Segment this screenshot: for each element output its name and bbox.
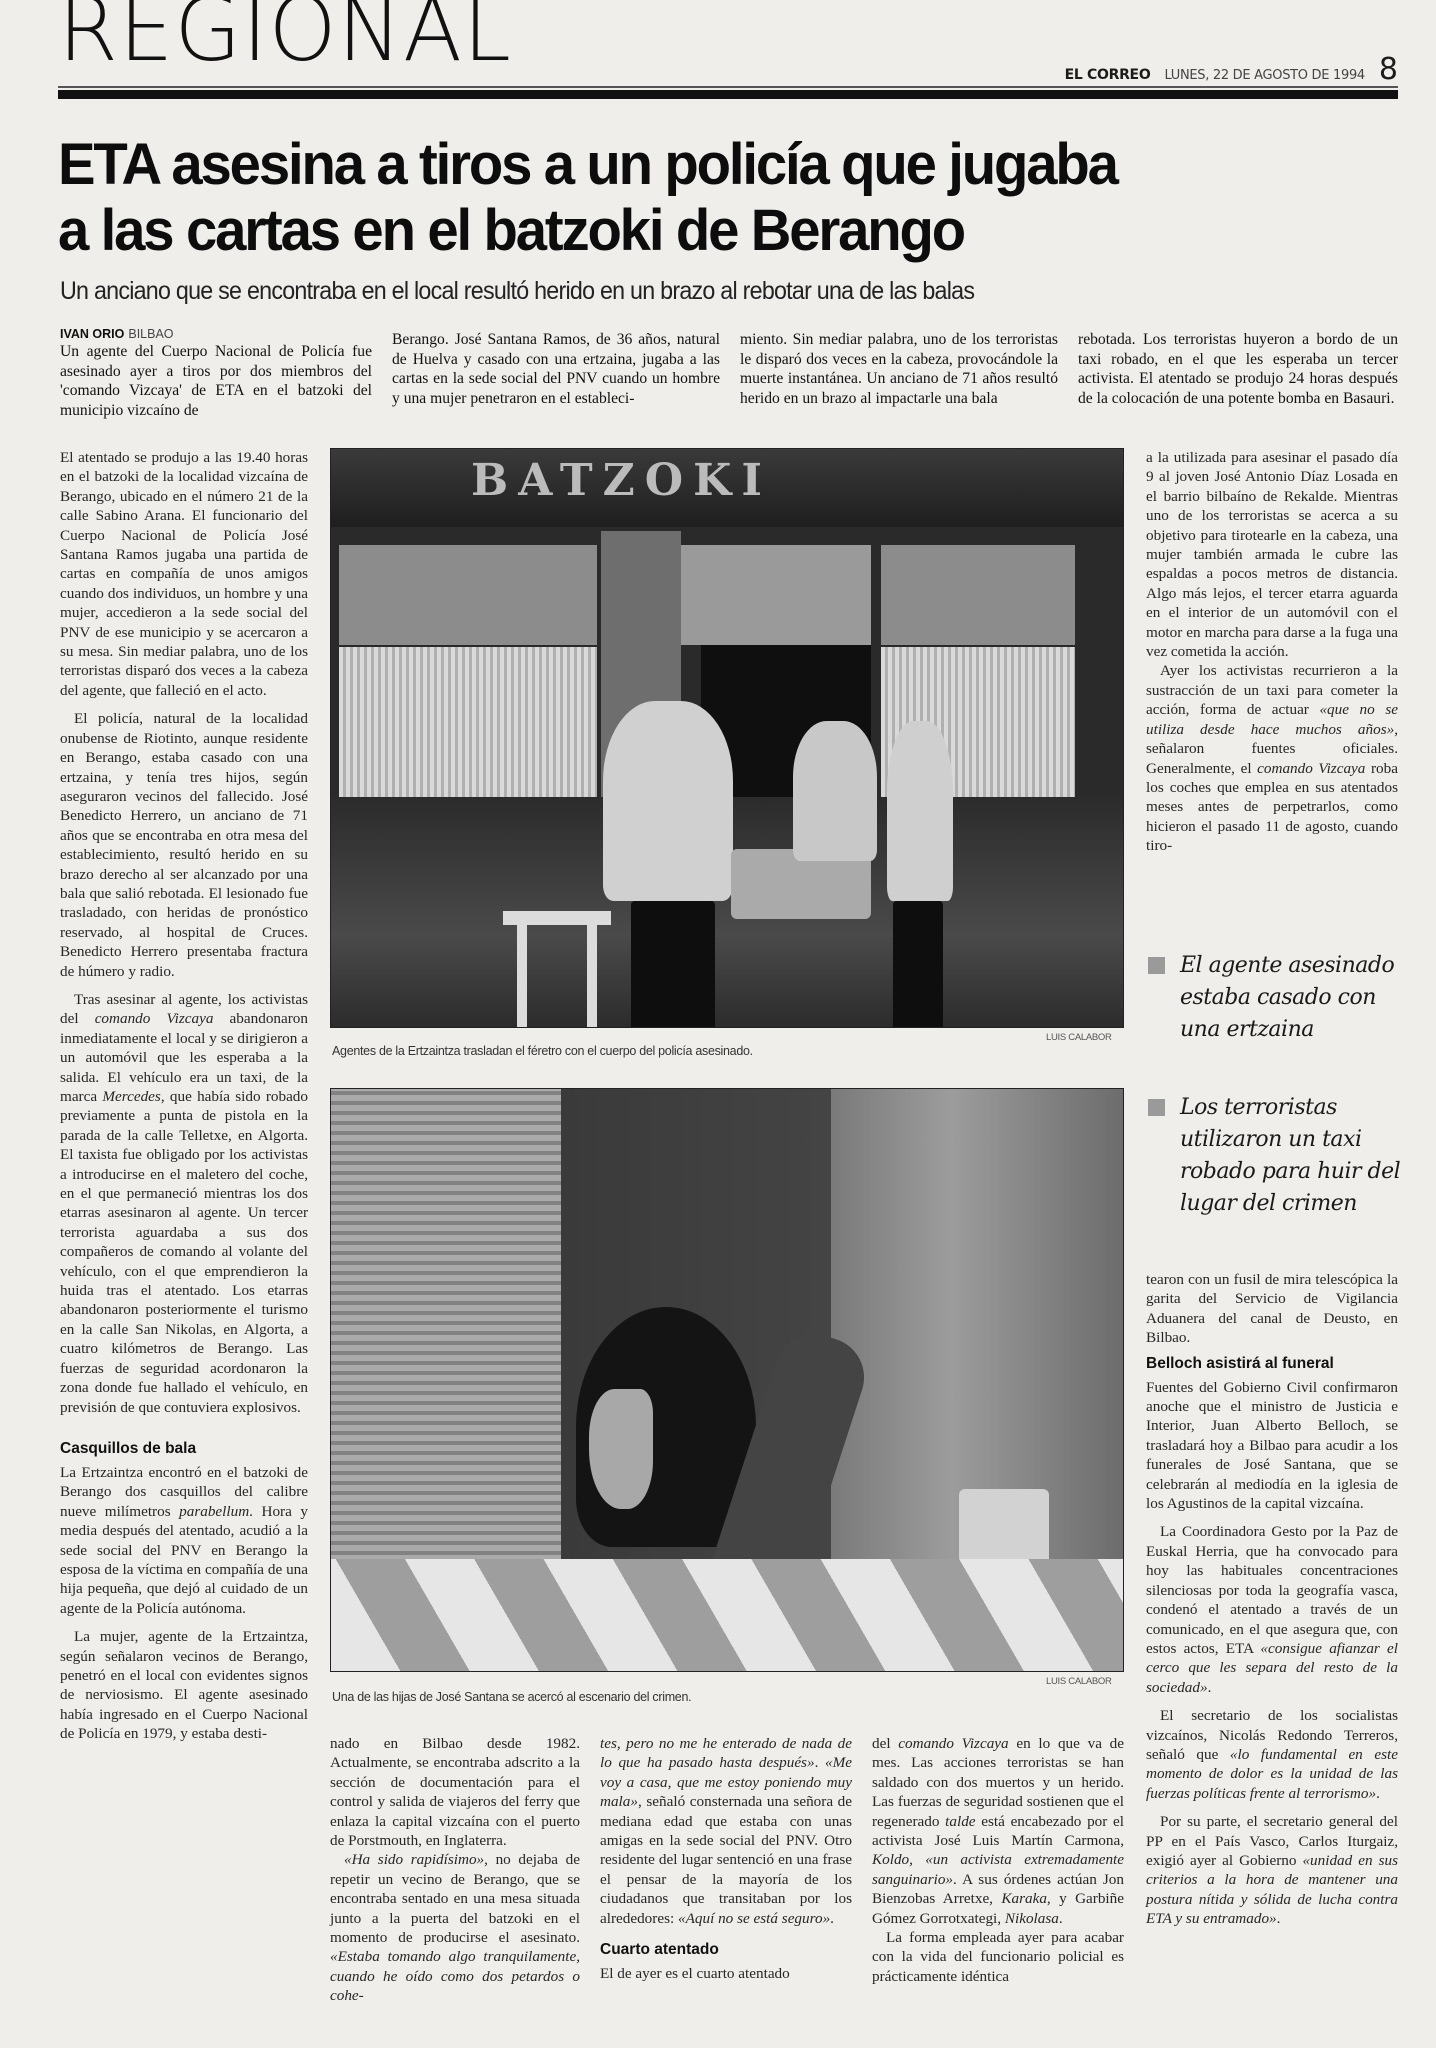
- paragraph: La Coordinadora Gesto por la Paz de Eusk…: [1146, 1522, 1398, 1697]
- bullet-square-icon: [1148, 957, 1165, 974]
- lead-text-1: Un agente del Cuerpo Nacional de Policía…: [60, 343, 372, 419]
- photo-daughter: [330, 1088, 1124, 1672]
- lead-column-1: IVAN ORIOBILBAO Un agente del Cuerpo Nac…: [60, 326, 372, 420]
- paragraph: a la utilizada para asesinar el pasado d…: [1146, 448, 1398, 661]
- lead-column-2: Berango. José Santana Ramos, de 36 años,…: [392, 330, 720, 408]
- paragraph: La mujer, agente de la Ertzaintza, según…: [60, 1627, 308, 1743]
- photo-batzoki-entrance: BATZOKI: [330, 448, 1124, 1028]
- subheadline: Un anciano que se encontraba en el local…: [60, 277, 974, 306]
- photo-caption: Agentes de la Ertzaintza trasladan el fé…: [332, 1044, 753, 1058]
- header-rule-thin: [58, 86, 1398, 88]
- publication-date: LUNES, 22 DE AGOSTO DE 1994: [1164, 68, 1364, 83]
- section-title: REGIONAL: [58, 0, 512, 74]
- subsection-heading: Cuarto atentado: [600, 1940, 852, 1960]
- paragraph: El de ayer es el cuarto atentado: [600, 1964, 852, 1983]
- paragraph: tearon con un fusil de mira telescópica …: [1146, 1270, 1398, 1348]
- officer-figure: [603, 701, 733, 901]
- headline-line-2: a las cartas en el batzoki de Berango: [58, 198, 964, 263]
- subsection-heading: Belloch asistirá al funeral: [1146, 1354, 1398, 1374]
- paragraph: Por su parte, el secretario general del …: [1146, 1812, 1398, 1928]
- paragraph: nado en Bilbao desde 1982. Actualmente, …: [330, 1734, 580, 1850]
- paragraph: Fuentes del Gobierno Civil confirmaron a…: [1146, 1378, 1398, 1514]
- officer-figure: [887, 721, 953, 901]
- lead-text-2: Berango. José Santana Ramos, de 36 años,…: [392, 331, 720, 407]
- masthead: EL CORREO LUNES, 22 DE AGOSTO DE 1994 8: [1065, 52, 1398, 87]
- paragraph: El atentado se produjo a las 19.40 horas…: [60, 448, 308, 700]
- byline: IVAN ORIOBILBAO: [60, 326, 372, 342]
- lead-text-3: miento. Sin mediar palabra, uno de los t…: [740, 331, 1058, 407]
- header-rule-thick: [58, 90, 1398, 99]
- headline-line-1: ETA asesina a tiros a un policía que jug…: [58, 132, 1117, 197]
- paragraph: La forma empleada ayer para acabar con l…: [872, 1928, 1124, 1986]
- byline-author: IVAN ORIO: [60, 327, 124, 341]
- photo-credit: LUIS CALABOR: [1046, 1676, 1112, 1687]
- newspaper-page: REGIONAL EL CORREO LUNES, 22 DE AGOSTO D…: [0, 0, 1436, 2048]
- paragraph: El secretario de los socialistas vizcaín…: [1146, 1706, 1398, 1803]
- paragraph: tes, pero no me he enterado de nada de l…: [600, 1734, 852, 1928]
- newspaper-name: EL CORREO: [1065, 67, 1151, 83]
- body-column-left: El atentado se produjo a las 19.40 horas…: [60, 448, 308, 1744]
- lead-column-3: miento. Sin mediar palabra, uno de los t…: [740, 330, 1058, 408]
- body-column-bottom-2: nado en Bilbao desde 1982. Actualmente, …: [330, 1734, 580, 2006]
- bullet-square-icon: [1148, 1099, 1165, 1116]
- pull-quote-2: Los terroristas utilizaron un taxi robad…: [1148, 1092, 1408, 1220]
- subsection-heading: Casquillos de bala: [60, 1439, 308, 1459]
- body-column-bottom-3: tes, pero no me he enterado de nada de l…: [600, 1734, 852, 1983]
- photo-caption: Una de las hijas de José Santana se acer…: [332, 1690, 691, 1704]
- police-tape: [331, 1559, 1123, 1671]
- headline: ETA asesina a tiros a un policía que jug…: [58, 132, 1358, 264]
- body-column-right-bottom: tearon con un fusil de mira telescópica …: [1146, 1270, 1398, 1929]
- paragraph: El policía, natural de la localidad onub…: [60, 709, 308, 981]
- paragraph: del comando Vizcaya en lo que va de mes.…: [872, 1734, 1124, 1928]
- lead-text-4: rebotada. Los terroristas huyeron a bord…: [1078, 331, 1398, 407]
- paragraph: Tras asesinar al agente, los activistas …: [60, 990, 308, 1417]
- paragraph: «Ha sido rapidísimo», no dejaba de repet…: [330, 1850, 580, 2005]
- body-column-right-top: a la utilizada para asesinar el pasado d…: [1146, 448, 1398, 856]
- paragraph: La Ertzaintza encontró en el batzoki de …: [60, 1463, 308, 1618]
- batzoki-sign: BATZOKI: [471, 455, 772, 506]
- byline-city: BILBAO: [128, 327, 173, 341]
- page-number: 8: [1379, 52, 1398, 87]
- photo-credit: LUIS CALABOR: [1046, 1032, 1112, 1043]
- paragraph: Ayer los activistas recurrieron a la sus…: [1146, 661, 1398, 855]
- body-column-bottom-4: del comando Vizcaya en lo que va de mes.…: [872, 1734, 1124, 1986]
- pull-quote-1: El agente asesinado estaba casado con un…: [1148, 950, 1408, 1046]
- lead-column-4: rebotada. Los terroristas huyeron a bord…: [1078, 330, 1398, 408]
